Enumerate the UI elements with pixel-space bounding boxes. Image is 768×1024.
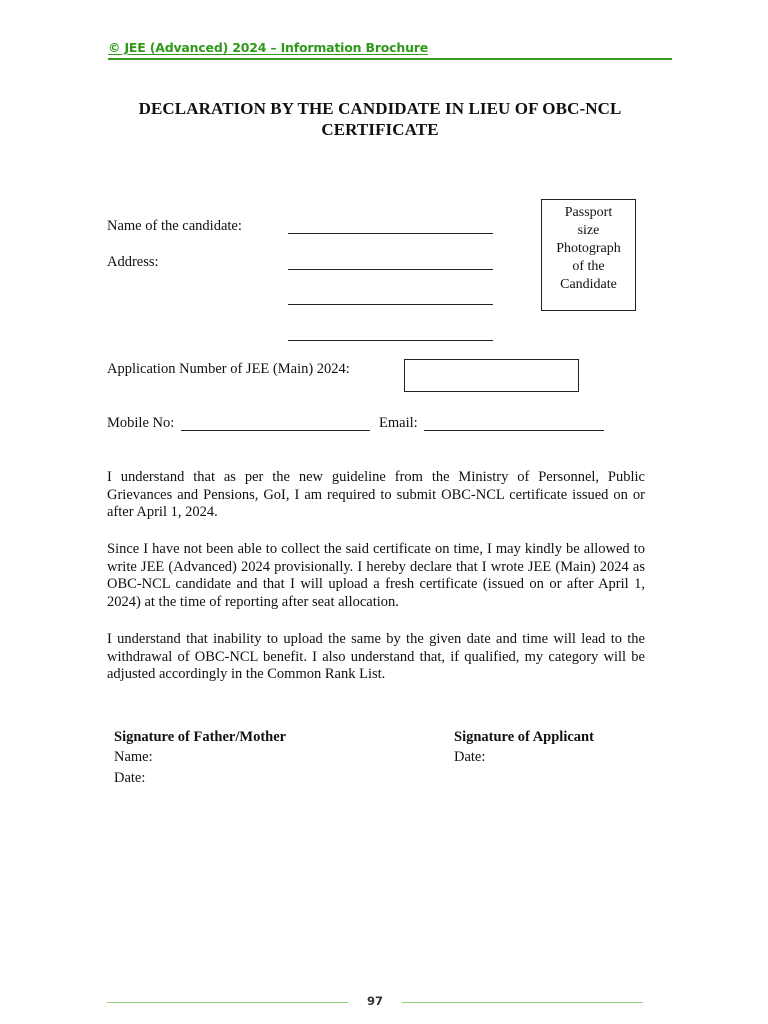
name-field[interactable] (288, 233, 493, 234)
email-field[interactable] (424, 430, 604, 431)
declaration-paragraph-3: I understand that inability to upload th… (107, 631, 645, 684)
address-field-line2[interactable] (288, 304, 493, 305)
page-header: © JEE (Advanced) 2024 – Information Broc… (108, 40, 672, 60)
passport-photo-box[interactable]: Passport size Photograph of the Candidat… (541, 199, 636, 311)
declaration-paragraph-1: I understand that as per the new guideli… (107, 469, 645, 522)
declaration-title: DECLARATION BY THE CANDIDATE IN LIEU OF … (100, 98, 660, 140)
email-label: Email: (379, 415, 418, 432)
application-number-label: Application Number of JEE (Main) 2024: (107, 361, 350, 378)
footer-divider-left (107, 1002, 348, 1003)
applicant-signature-heading: Signature of Applicant (454, 729, 594, 746)
parent-signature-heading: Signature of Father/Mother (114, 729, 286, 746)
photo-box-text-line2: size (542, 222, 635, 240)
photo-box-text-line5: Candidate (542, 276, 635, 294)
photo-box-text-line3: Photograph (542, 240, 635, 258)
address-field-line1[interactable] (288, 269, 493, 270)
declaration-paragraph-2: Since I have not been able to collect th… (107, 541, 645, 611)
parent-date-label: Date: (114, 770, 145, 787)
mobile-label: Mobile No: (107, 415, 174, 432)
address-label: Address: (107, 254, 159, 271)
address-field-line3[interactable] (288, 340, 493, 341)
mobile-field[interactable] (181, 430, 370, 431)
photo-box-text-line4: of the (542, 258, 635, 276)
photo-box-text-line1: Passport (542, 204, 635, 222)
page-number: 97 (354, 994, 396, 1008)
declaration-title-line1: DECLARATION BY THE CANDIDATE IN LIEU OF … (100, 98, 660, 119)
applicant-date-label: Date: (454, 749, 485, 766)
application-number-field[interactable] (404, 359, 579, 392)
footer-divider-right (402, 1002, 643, 1003)
declaration-title-line2: CERTIFICATE (100, 119, 660, 140)
brochure-header-title: © JEE (Advanced) 2024 – Information Broc… (108, 40, 428, 55)
parent-name-label: Name: (114, 749, 153, 766)
name-label: Name of the candidate: (107, 218, 242, 235)
